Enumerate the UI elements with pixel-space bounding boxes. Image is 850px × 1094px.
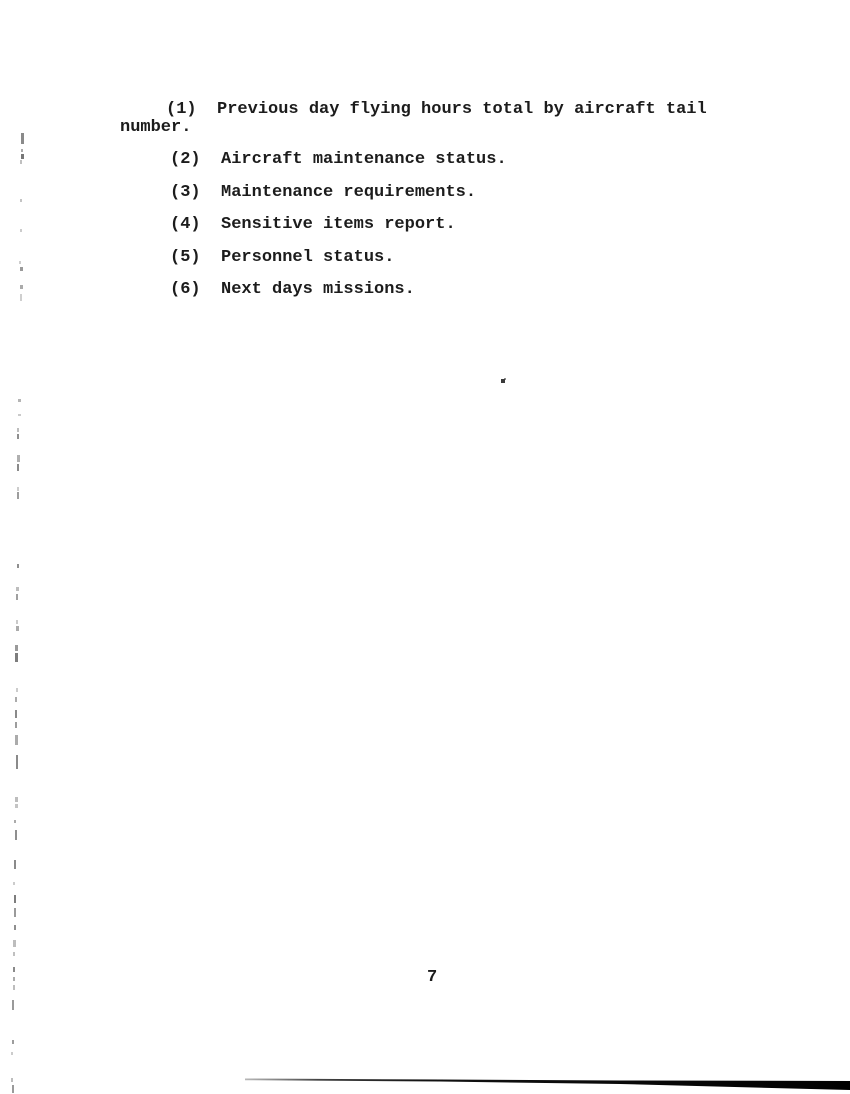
scan-speck <box>17 564 19 568</box>
scan-speck <box>17 492 19 499</box>
scan-speck <box>13 940 16 947</box>
scan-speck <box>14 908 16 917</box>
scan-speck <box>13 952 15 956</box>
scan-speck <box>20 229 22 232</box>
scan-speck <box>15 710 17 718</box>
scan-speck <box>20 285 23 289</box>
scan-speck <box>12 1000 14 1010</box>
scan-speck <box>21 154 24 159</box>
scan-speck <box>19 261 21 264</box>
bottom-scan-bar <box>0 1070 850 1094</box>
scan-speck <box>16 594 18 600</box>
scan-speck <box>15 722 17 728</box>
scan-speck <box>18 399 21 402</box>
scan-speck <box>14 860 16 869</box>
scan-speck <box>15 697 17 702</box>
scan-speck <box>15 804 18 808</box>
scan-speck <box>17 455 20 462</box>
scan-speck <box>15 735 18 745</box>
scan-speck <box>15 645 18 651</box>
scan-speck <box>16 626 19 631</box>
scan-speck <box>20 199 22 202</box>
page-number: 7 <box>427 969 437 986</box>
list-item-5: (5) Personnel status. <box>170 249 394 266</box>
scan-speck <box>20 160 22 164</box>
scan-speck <box>13 882 15 885</box>
scan-speck <box>21 133 24 144</box>
ink-speck-artifact <box>501 379 505 383</box>
scan-speck <box>13 967 15 972</box>
scan-speck <box>16 755 18 769</box>
scan-speck <box>17 428 19 432</box>
scan-speck <box>16 620 18 624</box>
scan-speck <box>13 985 15 990</box>
scan-speck <box>17 487 19 491</box>
scan-speck <box>15 830 17 840</box>
scan-speck <box>20 267 23 271</box>
scan-speck <box>20 294 22 301</box>
scan-speck <box>16 587 19 591</box>
scan-speck <box>17 434 19 439</box>
document-page: (1) Previous day flying hours total by a… <box>0 0 850 1094</box>
list-item-6: (6) Next days missions. <box>170 281 415 298</box>
scan-speck <box>14 820 16 823</box>
scan-speck <box>18 414 21 416</box>
scan-speck <box>11 1052 13 1055</box>
paragraph-line-2: number. <box>120 119 191 136</box>
scan-speck <box>13 977 15 981</box>
scan-speck <box>12 1040 14 1044</box>
paragraph-line-1: (1) Previous day flying hours total by a… <box>166 101 707 118</box>
scan-speck <box>21 149 23 152</box>
scan-speck <box>14 895 16 903</box>
scan-speck <box>16 688 18 692</box>
scan-speck <box>14 925 16 930</box>
list-item-4: (4) Sensitive items report. <box>170 216 456 233</box>
list-item-3: (3) Maintenance requirements. <box>170 184 476 201</box>
scan-speck <box>15 797 18 802</box>
list-item-2: (2) Aircraft maintenance status. <box>170 151 507 168</box>
scan-speck <box>15 653 18 662</box>
scan-speck <box>17 464 19 471</box>
